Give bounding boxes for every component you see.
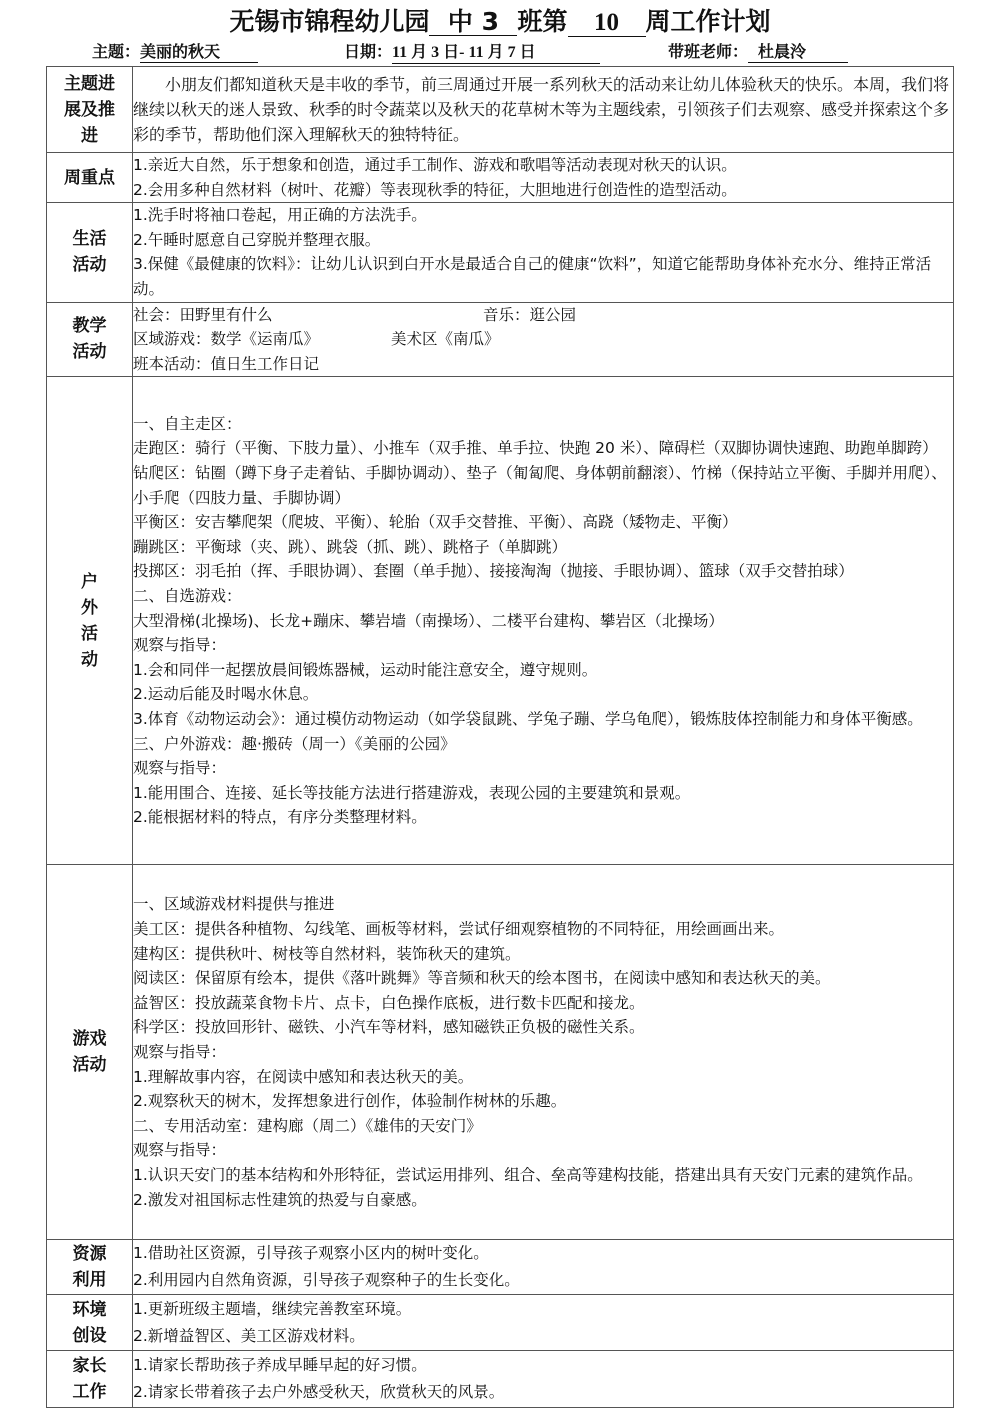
list-item: 2.新增益智区、美工区游戏材料。 [133,1323,953,1350]
area-math-activity: 区域游戏：数学《运南瓜》 [133,327,391,352]
row-teaching: 教学 活动 社会：田野里有什么音乐：逛公园 区域游戏：数学《运南瓜》美术区《南瓜… [47,302,954,377]
list-item: 钻爬区：钻圈（蹲下身子走着钻、手脚协调动）、垫子（匍匐爬、身体朝前翻滚）、竹梯（… [133,461,953,510]
row-label-parents: 家长 工作 [47,1351,133,1408]
list-item: 1.洗手时将袖口卷起，用正确的方法洗手。 [133,203,953,228]
list-item: 1.理解故事内容，在阅读中感知和表达秋天的美。 [133,1065,953,1090]
row-label-resources: 资源 利用 [47,1240,133,1295]
teaching-line-2: 区域游戏：数学《运南瓜》美术区《南瓜》 [133,327,953,352]
list-item: 1.认识天安门的基本结构和外形特征，尝试运用排列、组合、垒高等建构技能，搭建出具… [133,1163,953,1188]
row-weekly-focus: 周重点 1.亲近大自然，乐于想象和创造，通过手工制作、游戏和歌唱等活动表现对秋天… [47,153,954,203]
row-label-theme-progress: 主题进 展及推 进 [47,67,133,153]
teaching-content: 社会：田野里有什么音乐：逛公园 区域游戏：数学《运南瓜》美术区《南瓜》 班本活动… [133,302,954,377]
daily-life-content: 1.洗手时将袖口卷起，用正确的方法洗手。 2.午睡时愿意自己穿脱并整理衣服。 3… [133,203,954,302]
list-item: 平衡区：安吉攀爬架（爬坡、平衡）、轮胎（双手交替推、平衡）、高跷（矮物走、平衡） [133,510,953,535]
social-activity: 社会：田野里有什么 [133,303,483,328]
list-item: 观察与指导： [133,756,953,781]
theme-label: 主题： [92,42,140,61]
kindergarten-name: 无锡市锦程幼儿园 [229,7,429,36]
list-item: 2.午睡时愿意自己穿脱并整理衣服。 [133,228,953,253]
plan-meta: 主题：美丽的秋天 日期：11 月 3 日- 11 月 7 日 带班老师：杜晨泠 [0,40,1000,64]
weekly-focus-content: 1.亲近大自然，乐于想象和创造，通过手工制作、游戏和歌唱等活动表现对秋天的认识。… [133,153,954,203]
environment-content: 1.更新班级主题墙，继续完善教室环境。 2.新增益智区、美工区游戏材料。 [133,1295,954,1351]
list-item: 走跑区：骑行（平衡、下肢力量）、小推车（双手推、单手拉、快跑 20 米）、障碍栏… [133,436,953,461]
row-theme-progress: 主题进 展及推 进 小朋友们都知道秋天是丰收的季节，前三周通过开展一系列秋天的活… [47,67,954,153]
parents-content: 1.请家长帮助孩子养成早睡早起的好习惯。 2.请家长带着孩子去户外感受秋天，欣赏… [133,1351,954,1408]
row-label-outdoor: 户 外 活 动 [47,377,133,865]
area-art-activity: 美术区《南瓜》 [391,330,500,348]
list-item: 科学区：投放回形针、磁铁、小汽车等材料，感知磁铁正负极的磁性关系。 [133,1015,953,1040]
theme-progress-content: 小朋友们都知道秋天是丰收的季节，前三周通过开展一系列秋天的活动来让幼儿体验秋天的… [133,67,954,153]
list-item: 2.利用园内自然角资源，引导孩子观察种子的生长变化。 [133,1267,953,1294]
list-item: 1.请家长帮助孩子养成早睡早起的好习惯。 [133,1352,953,1379]
list-item: 2.激发对祖国标志性建筑的热爱与自豪感。 [133,1188,953,1213]
list-item: 2.能根据材料的特点，有序分类整理材料。 [133,805,953,830]
list-item: 大型滑梯(北操场)、长龙+蹦床、攀岩墙（南操场）、二楼平台建构、攀岩区（北操场） [133,609,953,634]
list-item: 1.会和同伴一起摆放晨间锻炼器械，运动时能注意安全，遵守规则。 [133,658,953,683]
teacher-label: 带班老师： [668,42,748,61]
list-item: 2.会用多种自然材料（树叶、花瓣）等表现秋季的特征，大胆地进行创造性的造型活动。 [133,178,953,203]
class-activity: 班本活动：值日生工作日记 [133,352,953,377]
theme-progress-paragraph: 小朋友们都知道秋天是丰收的季节，前三周通过开展一系列秋天的活动来让幼儿体验秋天的… [133,72,953,147]
list-item: 观察与指导： [133,633,953,658]
list-item: 2.运动后能及时喝水休息。 [133,682,953,707]
teacher-value: 杜晨泠 [748,42,848,63]
date-field: 日期：11 月 3 日- 11 月 7 日 [344,40,600,64]
week-number-field: 10 [568,10,646,37]
outdoor-content: 一、自主走区： 走跑区：骑行（平衡、下肢力量）、小推车（双手推、单手拉、快跑 2… [133,377,954,865]
row-games: 游戏 活动 一、区域游戏材料提供与推进 美工区：提供各种植物、勾线笔、画板等材料… [47,865,954,1240]
row-label-games: 游戏 活动 [47,865,133,1240]
title-mid: 班第 [517,7,567,36]
list-item: 2.观察秋天的树木，发挥想象进行创作，体验制作树林的乐趣。 [133,1089,953,1114]
date-value: 11 月 3 日- 11 月 7 日 [392,43,600,64]
row-label-daily-life: 生活 活动 [47,203,133,302]
list-item: 1.借助社区资源，引导孩子观察小区内的树叶变化。 [133,1240,953,1267]
list-item: 1.更新班级主题墙，继续完善教室环境。 [133,1296,953,1323]
list-item: 二、自选游戏： [133,584,953,609]
resources-content: 1.借助社区资源，引导孩子观察小区内的树叶变化。 2.利用园内自然角资源，引导孩… [133,1240,954,1295]
list-item: 三、户外游戏：趣·搬砖（周一）《美丽的公园》 [133,732,953,757]
list-item: 观察与指导： [133,1138,953,1163]
row-label-weekly-focus: 周重点 [47,153,133,203]
list-item: 1.能用围合、连接、延长等技能方法进行搭建游戏，表现公园的主要建筑和景观。 [133,781,953,806]
row-parents: 家长 工作 1.请家长帮助孩子养成早睡早起的好习惯。 2.请家长带着孩子去户外感… [47,1351,954,1408]
list-item: 一、自主走区： [133,412,953,437]
weekly-plan-table: 主题进 展及推 进 小朋友们都知道秋天是丰收的季节，前三周通过开展一系列秋天的活… [46,66,954,1408]
class-name-field: 中 3 [429,9,517,36]
list-item: 一、区域游戏材料提供与推进 [133,892,953,917]
games-content: 一、区域游戏材料提供与推进 美工区：提供各种植物、勾线笔、画板等材料，尝试仔细观… [133,865,954,1240]
list-item: 二、专用活动室：建构廊（周二）《雄伟的天安门》 [133,1114,953,1139]
teacher-field: 带班老师：杜晨泠 [668,40,848,64]
list-item: 益智区：投放蔬菜食物卡片、点卡，白色操作底板，进行数卡匹配和接龙。 [133,991,953,1016]
list-item: 3.保健《最健康的饮料》：让幼儿认识到白开水是最适合自己的健康“饮料”，知道它能… [133,252,953,301]
teaching-line-1: 社会：田野里有什么音乐：逛公园 [133,303,953,328]
document-title: 无锡市锦程幼儿园 中 3 班第10周工作计划 [0,6,1000,38]
list-item: 观察与指导： [133,1040,953,1065]
title-suffix: 周工作计划 [646,7,771,36]
list-item: 投掷区：羽毛拍（挥、手眼协调）、套圈（单手抛）、接接淘淘（抛接、手眼协调）、篮球… [133,559,953,584]
list-item: 1.亲近大自然，乐于想象和创造，通过手工制作、游戏和歌唱等活动表现对秋天的认识。 [133,153,953,178]
music-activity: 音乐：逛公园 [483,306,576,324]
date-label: 日期： [344,42,392,61]
theme-field: 主题：美丽的秋天 [92,40,258,64]
row-label-teaching: 教学 活动 [47,302,133,377]
list-item: 2.请家长带着孩子去户外感受秋天，欣赏秋天的风景。 [133,1379,953,1406]
row-daily-life: 生活 活动 1.洗手时将袖口卷起，用正确的方法洗手。 2.午睡时愿意自己穿脱并整… [47,203,954,302]
list-item: 3.体育《动物运动会》：通过模仿动物运动（如学袋鼠跳、学兔子蹦、学乌龟爬），锻炼… [133,707,953,732]
theme-value: 美丽的秋天 [140,42,258,63]
list-item: 阅读区：保留原有绘本，提供《落叶跳舞》等音频和秋天的绘本图书，在阅读中感知和表达… [133,966,953,991]
list-item: 建构区：提供秋叶、树枝等自然材料，装饰秋天的建筑。 [133,942,953,967]
row-environment: 环境 创设 1.更新班级主题墙，继续完善教室环境。 2.新增益智区、美工区游戏材… [47,1295,954,1351]
list-item: 美工区：提供各种植物、勾线笔、画板等材料，尝试仔细观察植物的不同特征，用绘画画出… [133,917,953,942]
list-item: 蹦跳区：平衡球（夹、跳）、跳袋（抓、跳）、跳格子（单脚跳） [133,535,953,560]
row-resources: 资源 利用 1.借助社区资源，引导孩子观察小区内的树叶变化。 2.利用园内自然角… [47,1240,954,1295]
row-outdoor: 户 外 活 动 一、自主走区： 走跑区：骑行（平衡、下肢力量）、小推车（双手推、… [47,377,954,865]
row-label-environment: 环境 创设 [47,1295,133,1351]
